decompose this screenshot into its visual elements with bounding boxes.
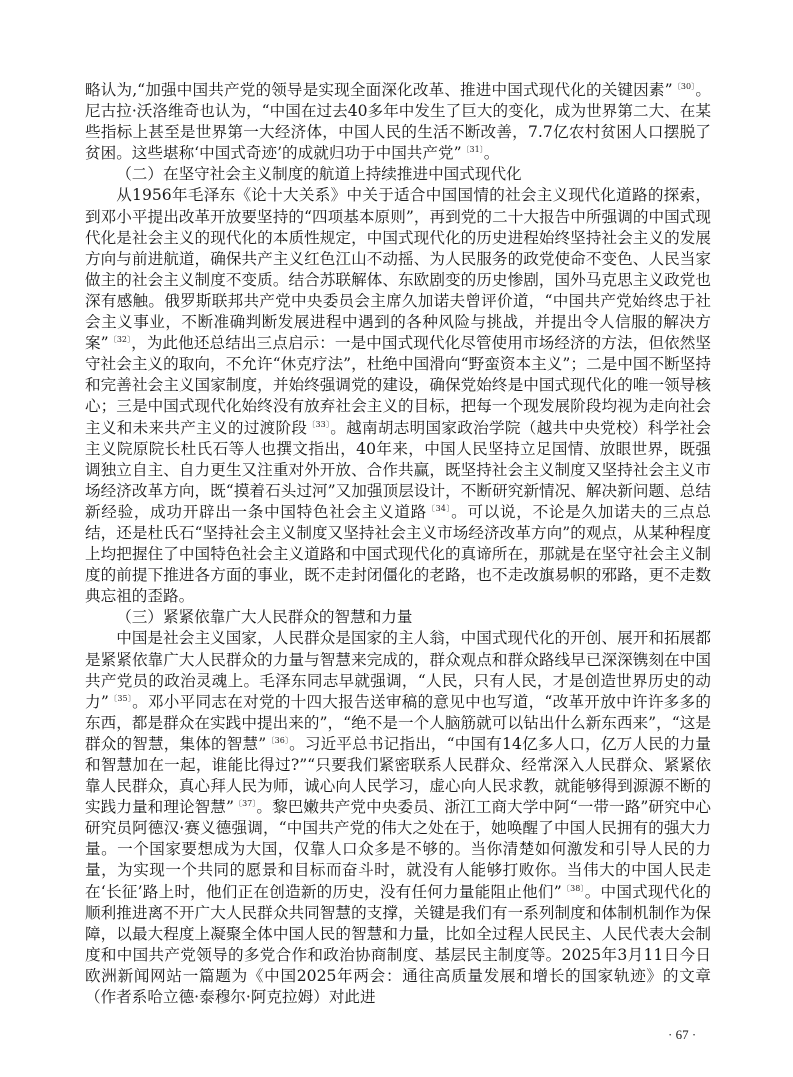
text-run: （三）紧紧依靠广大人民群众的智慧和力量 <box>116 608 412 626</box>
text-run: 。 <box>484 144 500 162</box>
citation-marker: 〔35〕 <box>109 694 132 703</box>
body-paragraph: 从1956年毛泽东《论十大关系》中关于适合中国国情的社会主义现代化道路的探索，到… <box>85 185 711 607</box>
continuation-paragraph: 略认为,“加强中国共产党的领导是实现全面深化改革、推进中国式现代化的关键因素”〔… <box>85 80 711 164</box>
section-heading: （三）紧紧依靠广大人民群众的智慧和力量 <box>85 607 711 628</box>
citation-marker: 〔32〕 <box>109 335 132 344</box>
citation-marker: 〔31〕 <box>462 145 484 154</box>
citation-marker: 〔34〕 <box>427 504 451 513</box>
document-body: 略认为,“加强中国共产党的领导是实现全面深化改革、推进中国式现代化的关键因素”〔… <box>85 80 711 1008</box>
text-run: 略认为,“加强中国共产党的领导是实现全面深化改革、推进中国式现代化的关键因素” <box>85 81 673 99</box>
citation-marker: 〔36〕 <box>266 736 289 745</box>
citation-marker: 〔37〕 <box>234 799 256 808</box>
page-number: · 67 · <box>668 1027 696 1043</box>
text-run: 从1956年毛泽东《论十大关系》中关于适合中国国情的社会主义现代化道路的探索，到… <box>85 186 711 352</box>
citation-marker: 〔38〕 <box>562 884 585 893</box>
text-run: （二）在坚守社会主义制度的航道上持续推进中国式现代化 <box>116 165 521 183</box>
body-paragraph: 中国是社会主义国家，人民群众是国家的主人翁，中国式现代化的开创、展开和拓展都是紧… <box>85 628 711 1008</box>
citation-marker: 〔30〕 <box>673 82 696 91</box>
citation-marker: 〔33〕 <box>307 420 330 429</box>
section-heading: （二）在坚守社会主义制度的航道上持续推进中国式现代化 <box>85 164 711 185</box>
text-run: 。中国式现代化的顺利推进离不开广大人民群众共同智慧的支撑，关键是我们有一系列制度… <box>85 883 711 1006</box>
